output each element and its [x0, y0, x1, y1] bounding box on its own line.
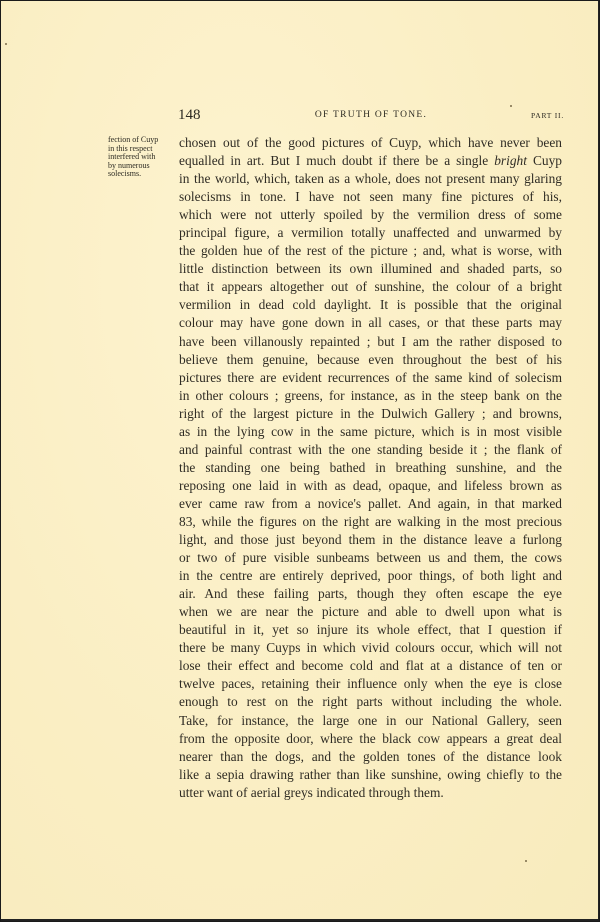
page-header: 148 OF TRUTH OF TONE. PART II.: [178, 107, 564, 127]
text-line: nearer than the dogs, and the golden ton…: [179, 748, 562, 766]
text-line: in the centre are entirely deprived, poo…: [179, 567, 562, 585]
text-line: in the world, which, taken as a whole, d…: [179, 170, 562, 188]
margin-note-line: solecisms.: [108, 170, 176, 179]
text-line: light, and those just beyond them in the…: [179, 531, 562, 549]
text-line: and painful contrast with the one standi…: [179, 441, 562, 459]
text-line: beautiful in it, yet so injure its whole…: [179, 621, 562, 639]
text-line: when we are near the picture and able to…: [179, 603, 562, 621]
text-line: that it appears altogether out of sunshi…: [179, 278, 562, 296]
part-label: PART II.: [531, 111, 564, 120]
text-line: little distinction between its own illum…: [179, 260, 562, 278]
paper-speck: [525, 860, 527, 862]
paper-speck: [510, 105, 512, 107]
text-line: there be many Cuyps in which vivid colou…: [179, 639, 562, 657]
text-line: solecisms in tone. I have not seen many …: [179, 188, 562, 206]
text-line: believe them genuine, because even throu…: [179, 351, 562, 369]
text-line: right of the largest picture in the Dulw…: [179, 405, 562, 423]
running-title: OF TRUTH OF TONE.: [178, 110, 564, 120]
text-line: which were not utterly spoiled by the ve…: [179, 206, 562, 224]
text-line: twelve paces, retaining their influence …: [179, 675, 562, 693]
book-page: 148 OF TRUTH OF TONE. PART II. fection o…: [1, 1, 599, 921]
text-line: Take, for instance, the large one in our…: [179, 712, 562, 730]
body-paragraph: chosen out of the good pictures of Cuyp,…: [179, 134, 562, 802]
italic-emphasis: bright: [494, 153, 527, 168]
text-line: as in the lying cow in the same picture,…: [179, 423, 562, 441]
text-line: in other colours ; greens, for instance,…: [179, 387, 562, 405]
text-line: have been villanously repainted ; but I …: [179, 333, 562, 351]
text-line: like a sepia drawing rather than like su…: [179, 766, 562, 784]
text-line: the standing one being bathed in breathi…: [179, 459, 562, 477]
text-line: air. And these failing parts, though the…: [179, 585, 562, 603]
text-line: vermilion in dead cold daylight. It is p…: [179, 296, 562, 314]
text-line: equalled in art. But I much doubt if the…: [179, 152, 562, 170]
text-line: lose their effect and become cold and fl…: [179, 657, 562, 675]
text-line: reposing one laid in with as dead, opaqu…: [179, 477, 562, 495]
text-line: ever came raw from a novice's pallet. An…: [179, 495, 562, 513]
paper-speck: [5, 43, 7, 45]
text-line: principal figure, a vermilion totally un…: [179, 224, 562, 242]
text-line: the golden hue of the rest of the pictur…: [179, 242, 562, 260]
margin-note: fection of Cuyp in this respect interfer…: [108, 136, 176, 179]
text-line: chosen out of the good pictures of Cuyp,…: [179, 134, 562, 152]
text-line: enough to rest on the right parts withou…: [179, 693, 562, 711]
text-line: from the opposite door, where the black …: [179, 730, 562, 748]
text-line: 83, while the figures on the right are w…: [179, 513, 562, 531]
text-line: colour may have gone down in all cases, …: [179, 314, 562, 332]
text-line: utter want of aerial greys indicated thr…: [179, 784, 562, 802]
text-line: pictures there are evident recurrences o…: [179, 369, 562, 387]
text-line: or two of pure visible sunbeams between …: [179, 549, 562, 567]
